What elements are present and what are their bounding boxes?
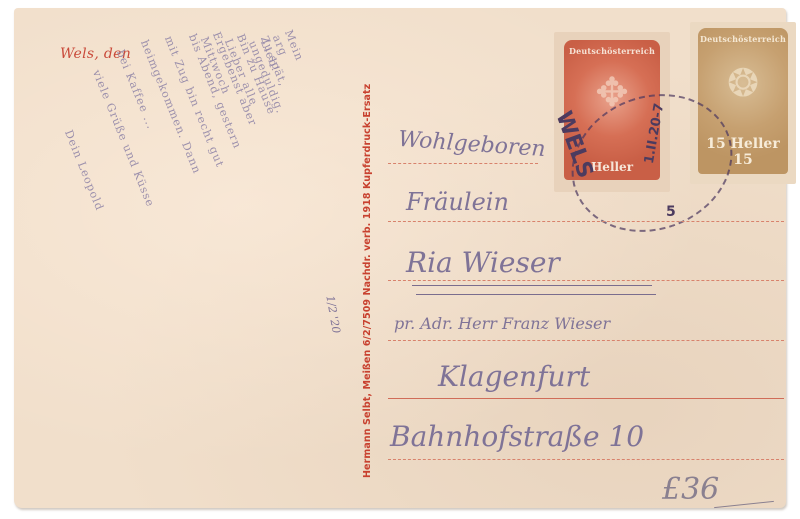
price-underline <box>714 501 774 508</box>
stamp-country-label: Deutschösterreich <box>698 34 788 44</box>
address-rule <box>388 221 784 222</box>
address-rule <box>388 398 784 399</box>
message-line: Dein Leopold <box>62 128 106 213</box>
message-line: viele Grüße und Küsse <box>90 68 157 209</box>
address-rule <box>388 459 784 460</box>
postmark-numeral: 5 <box>666 204 676 220</box>
address-recipient-name: Ria Wieser <box>406 246 560 279</box>
address-rule <box>388 280 784 281</box>
address-title: Fräulein <box>406 188 509 216</box>
address-care-of: pr. Adr. Herr Franz Wieser <box>394 314 610 333</box>
postcard: Wels, den Mein arg Lieb! Zu spät, ungedu… <box>14 8 786 508</box>
address-salutation: Wohlgeboren <box>397 127 546 162</box>
address-rule <box>388 340 784 341</box>
price-note: £36 <box>662 472 719 507</box>
printer-imprint: Hermann Selbt, Meißen 6/2/7509 Nachdr. v… <box>362 84 373 478</box>
name-underline <box>412 285 652 286</box>
post-horn-icon: ❂ <box>727 61 759 105</box>
address-city: Klagenfurt <box>438 360 590 393</box>
address-rule <box>388 163 538 164</box>
handwritten-message: Mein arg Lieb! Zu spät, ungeduldig. Bin … <box>44 28 344 498</box>
stamp-country-label: Deutschösterreich <box>564 46 660 56</box>
name-underline <box>416 294 656 295</box>
address-street: Bahnhofstraße 10 <box>390 420 644 453</box>
